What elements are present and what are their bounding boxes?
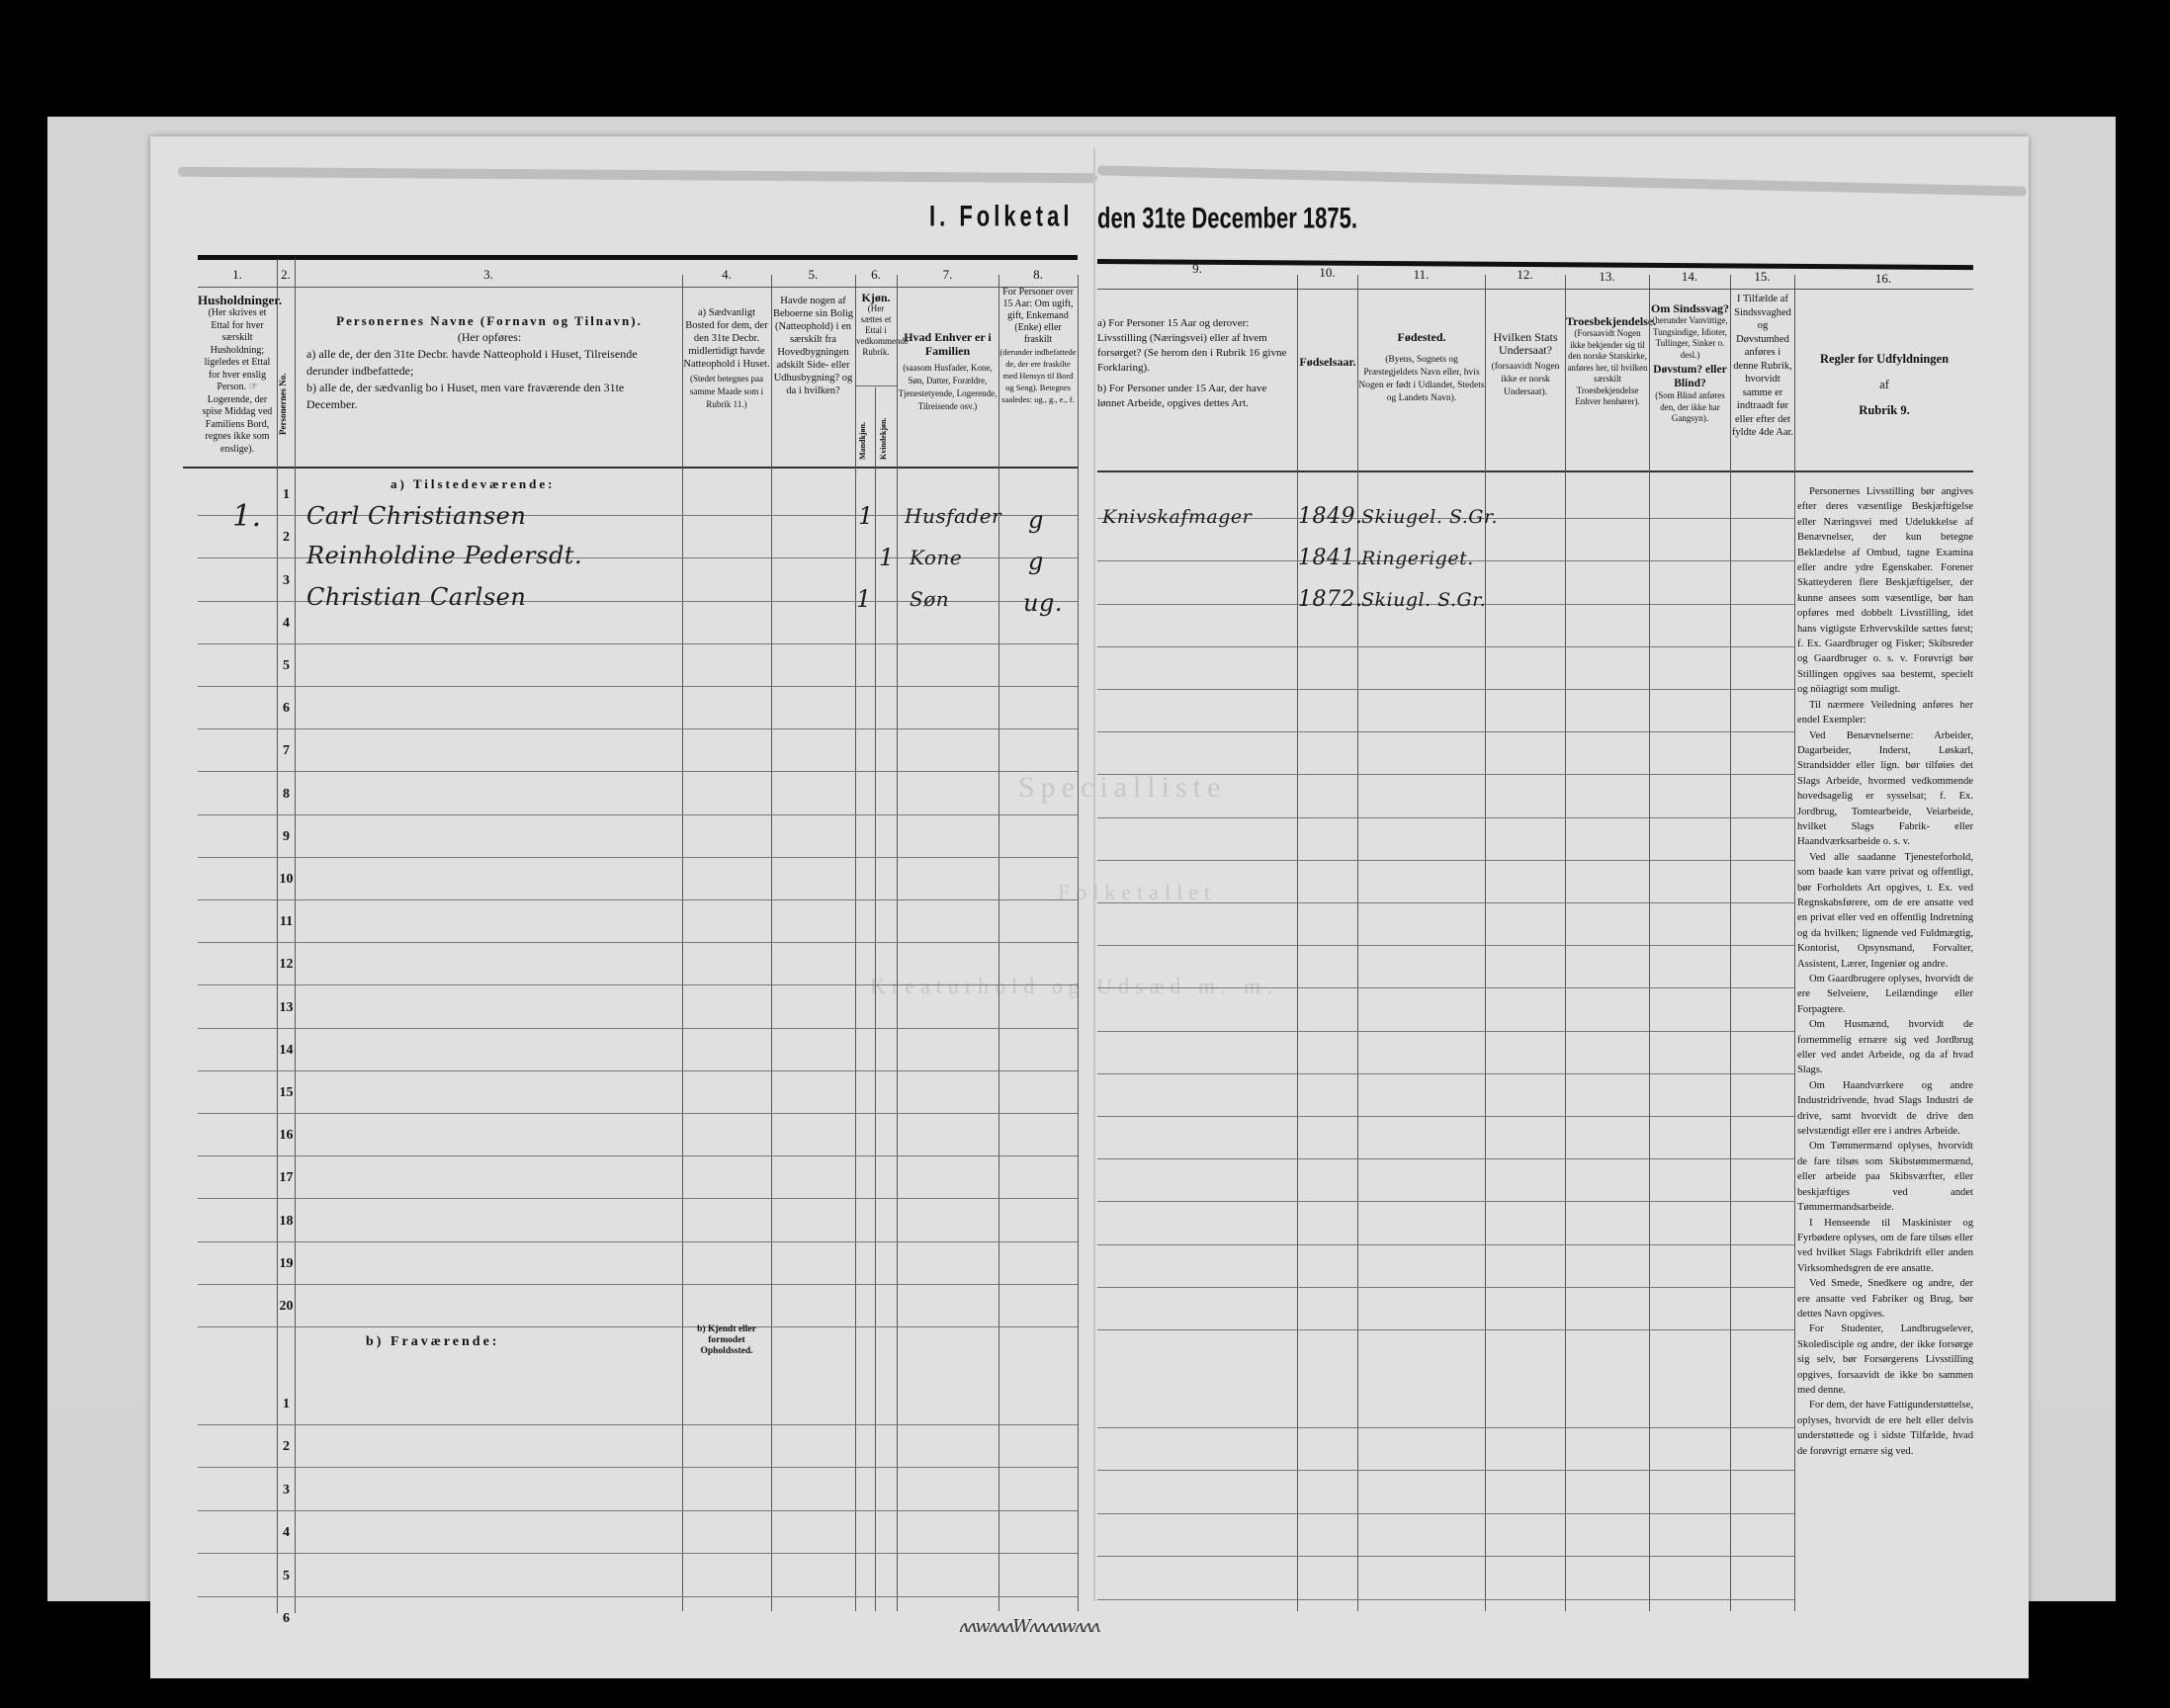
header-marital-status-title: For Personer over 15 Aar: Om ugift, gift… (999, 287, 1077, 346)
rules-paragraph: Ved Smede, Snedkere og andre, der ere an… (1797, 1276, 1973, 1322)
entry-3-birth-year: 1872. (1298, 587, 1362, 612)
grid-vline (1297, 275, 1298, 1611)
column-number-rule-right (1097, 289, 1973, 290)
rules-paragraph: For Studenter, Landbrugselever, Skoledis… (1797, 1322, 1973, 1398)
row-number: 12 (278, 957, 295, 973)
entry-1-name: Carl Christiansen (306, 502, 526, 530)
grid-vline (998, 275, 999, 1611)
rules-paragraph: Om Tømmermænd oplyses, hvorvidt de fare … (1797, 1139, 1973, 1215)
header-birthplace-title: Fødested. (1358, 331, 1485, 344)
entry-3-birthplace: Skiugl. S.Gr. (1361, 589, 1486, 611)
row-line (1097, 1201, 1794, 1202)
row-number: 5 (278, 658, 295, 674)
header-family-role-note: (saasom Husfader, Kone, Søn, Datter, For… (898, 362, 998, 413)
column-number-2: 2. (277, 267, 295, 283)
rules-paragraph: Om Gaardbrugere oplyses, hvorvidt de ere… (1797, 972, 1973, 1017)
row-line (1097, 987, 1794, 988)
row-number: 10 (278, 872, 295, 888)
header-marital-status-note: (derunder indbefattede de, der ere frask… (999, 346, 1077, 405)
entry-3-sex-male: 1 (856, 585, 872, 613)
column-number-12: 12. (1485, 267, 1565, 283)
row-line (1097, 1513, 1794, 1514)
entry-1-birthplace: Skiugel. S.Gr. (1361, 506, 1498, 528)
row-line (198, 1510, 1078, 1511)
grid-vline (855, 275, 856, 1611)
header-names-a: a) alle de, der den 31te Decbr. havde Na… (306, 346, 672, 380)
header-usual-residence: a) Sædvanligt Bosted for dem, der den 31… (683, 306, 770, 411)
row-number: 20 (278, 1299, 295, 1315)
row-line (1097, 774, 1794, 775)
column-number-rule-left (198, 287, 1078, 288)
grid-vline (897, 275, 898, 1611)
row-number: 9 (278, 829, 295, 845)
rules-paragraph: Om Haandværkere og andre Industridrivend… (1797, 1078, 1973, 1140)
header-family-role: Hvad Enhver er i Familien (saasom Husfad… (898, 331, 998, 413)
row-number: 7 (278, 743, 295, 759)
header-disability-note: (herunder Vanvittige, Tungsindige, Idiot… (1650, 315, 1730, 361)
grid-vline (1730, 275, 1731, 1611)
column-number-16: 16. (1794, 271, 1972, 287)
header-citizenship: Hvilken Stats Undersaat? (forsaavidt Nog… (1486, 331, 1565, 399)
column-number-10: 10. (1297, 265, 1357, 281)
header-religion-title: Troesbekjendelse. (1566, 314, 1649, 328)
header-birthplace-note: (Byens, Sognets og Præstegjeldets Navn e… (1358, 354, 1485, 405)
row-line (1097, 902, 1794, 903)
row-line (1097, 1427, 1794, 1428)
header-households: Husholdninger. (Her skrives et Ettal for… (198, 293, 277, 456)
grid-vline (1078, 275, 1079, 1611)
header-bottom-rule-left (183, 467, 1078, 469)
row-line (198, 1241, 1078, 1242)
rubric-9-rules-text: Personernes Livsstilling bør angives eft… (1797, 484, 1973, 1459)
entry-1-occupation: Kniv­skafmager (1102, 506, 1252, 528)
column-number-7: 7. (897, 267, 998, 283)
page-gutter (1093, 148, 1095, 1601)
rules-paragraph: I Henseende til Maskinister og Fyrbødere… (1797, 1216, 1973, 1277)
row-line (198, 1326, 1078, 1327)
header-onset: I Tilfælde af Sindssvaghed og Døvstumhed… (1731, 293, 1794, 440)
entry-1-marital: g (1028, 506, 1044, 534)
row-line (198, 899, 1078, 900)
grid-vline (1649, 275, 1650, 1611)
absent-row-number: 2 (278, 1439, 295, 1455)
rules-paragraph: Til nærmere Veiledning anføres her endel… (1797, 698, 1973, 728)
entry-3-name: Christian Carlsen (306, 583, 526, 611)
row-line (1097, 1470, 1794, 1471)
column-number-8: 8. (998, 267, 1078, 283)
row-number: 19 (278, 1256, 295, 1272)
header-names: Personernes Navne (Fornavn og Tilnavn). … (306, 312, 672, 413)
row-line (1097, 1329, 1794, 1330)
absent-row-number: 5 (278, 1569, 295, 1584)
header-disability: Om Sindssvag? (herunder Vanvittige, Tung… (1650, 301, 1730, 425)
rules-paragraph: Ved Benævnelserne: Arbeider, Dagarbeider… (1797, 728, 1973, 850)
header-marital-status: For Personer over 15 Aar: Om ugift, gift… (999, 287, 1077, 405)
header-sex-title: Kjøn. (856, 293, 896, 303)
ghost-text: Kreaturhold og Udsæd m. m. (870, 974, 1278, 999)
header-names-title: Personernes Navne (Fornavn og Tilnavn). (306, 312, 672, 329)
header-households-note: (Her skrives et Ettal for hver særskilt … (203, 307, 273, 455)
absent-whereabouts-label: b) Kjendt eller formodet Opholdssted. (684, 1324, 769, 1357)
row-line (1097, 689, 1794, 690)
header-households-title: Husholdninger. (198, 293, 277, 307)
header-rule-left (198, 255, 1078, 260)
row-line (198, 686, 1078, 687)
header-rules-rubric: Rubrik 9. (1795, 397, 1973, 423)
column-number-4: 4. (682, 267, 771, 283)
header-deafblind-note: (Som Blind anføres den, der ikke har Gan… (1650, 390, 1730, 425)
header-religion-note: (Forsaavidt Nogen ikke bekjender sig til… (1567, 328, 1647, 406)
row-line (198, 771, 1078, 772)
column-number-6: 6. (855, 267, 897, 283)
row-number: 15 (278, 1085, 295, 1101)
row-line (198, 1113, 1078, 1114)
column-number-1: 1. (198, 267, 277, 283)
row-line (1097, 1244, 1794, 1245)
row-line (1097, 817, 1794, 818)
rules-paragraph: Ved alle saadanne Tjenesteforhold, som b… (1797, 850, 1973, 972)
row-number: 14 (278, 1043, 295, 1059)
row-line (1097, 731, 1794, 732)
grid-vline (875, 387, 876, 1611)
entry-3-marital: ug. (1023, 589, 1063, 617)
column-number-11: 11. (1357, 267, 1485, 283)
header-birth-year: Fødselsaar. (1298, 356, 1357, 369)
form-title-left: I. Folketal (929, 199, 1073, 233)
grid-vline (1565, 275, 1566, 1611)
row-number: 8 (278, 787, 295, 803)
row-line (198, 1553, 1078, 1554)
header-person-no: Personernes No. (278, 326, 288, 435)
header-occupation-b: b) For Personer under 15 Aar, der have l… (1097, 382, 1295, 411)
header-religion: Troesbekjendelse. (Forsaavidt Nogen ikke… (1566, 314, 1649, 408)
header-family-role-title: Hvad Enhver er i Familien (904, 330, 992, 358)
ghost-text: Specialliste (1018, 771, 1226, 805)
row-line (1097, 1116, 1794, 1117)
absent-row-number: 3 (278, 1483, 295, 1498)
row-line (198, 1467, 1078, 1468)
header-bottom-rule-right (1097, 470, 1973, 472)
absent-row-number: 4 (278, 1525, 295, 1541)
row-number: 18 (278, 1214, 295, 1230)
column-number-3: 3. (295, 267, 682, 283)
header-rules: Regler for Udfyldningen af Rubrik 9. (1795, 346, 1973, 423)
row-line (198, 1028, 1078, 1029)
grid-vline (1794, 275, 1795, 1611)
header-sex-male: Mandkjøn. (858, 395, 867, 460)
header-outbuilding: Havde nogen af Beboerne sin Bolig (Natte… (772, 295, 854, 397)
row-number: 13 (278, 1000, 295, 1016)
row-line (198, 942, 1078, 943)
grid-vline (771, 275, 772, 1611)
row-line (1097, 945, 1794, 946)
entry-1-sex-male: 1 (858, 502, 874, 530)
header-usual-residence-note: (Stedet betegnes paa samme Maade som i R… (683, 373, 770, 411)
absent-row-number: 1 (278, 1397, 295, 1412)
rules-paragraph: Personernes Livsstilling bør angives eft… (1797, 484, 1973, 698)
header-birthplace: Fødested. (Byens, Sognets og Præstegjeld… (1358, 331, 1485, 405)
row-number: 17 (278, 1170, 295, 1186)
row-number: 11 (278, 914, 295, 930)
row-line (198, 1155, 1078, 1156)
row-number: 16 (278, 1128, 295, 1144)
grid-vline (295, 259, 296, 1613)
section-absent-label: b) Fraværende: (366, 1334, 499, 1350)
form-title-right: den 31te December 1875. (1097, 201, 1357, 235)
row-number: 3 (278, 573, 295, 589)
header-rules-title: Regler for Udfyldningen (1795, 346, 1973, 372)
column-number-15: 15. (1730, 269, 1794, 285)
header-citizenship-title: Hvilken Stats Undersaat? (1486, 331, 1565, 357)
absent-row-number: 6 (278, 1611, 295, 1627)
grid-vline (1357, 275, 1358, 1611)
row-number: 6 (278, 701, 295, 717)
signature-scribble: ʌʌwʌʌʌWʌʌʌʌwʌʌʌ (959, 1616, 1098, 1637)
entry-2-marital: g (1028, 548, 1044, 575)
header-sex-female: Kvindekjøn. (879, 395, 888, 460)
column-number-9: 9. (1097, 261, 1297, 277)
entry-1-family-role: Husfader (905, 504, 1001, 528)
grid-vline (682, 275, 683, 1611)
row-number: 2 (278, 530, 295, 546)
row-line (1097, 860, 1794, 861)
row-line (1097, 1073, 1794, 1074)
row-line (1097, 1599, 1794, 1600)
column-number-14: 14. (1649, 269, 1730, 285)
header-citizenship-note: (forsaavidt Nogen ikke er norsk Undersaa… (1486, 361, 1565, 399)
row-line (1097, 1158, 1794, 1159)
row-line (198, 857, 1078, 858)
header-names-b: b) alle de, der sædvanlig bo i Huset, me… (306, 380, 672, 413)
row-line (198, 1070, 1078, 1071)
header-usual-residence-title: a) Sædvanligt Bosted for dem, der den 31… (683, 306, 770, 371)
row-number: 4 (278, 616, 295, 632)
section-present-label: a) Tilstedeværende: (391, 476, 555, 492)
header-rules-of: af (1795, 372, 1973, 397)
header-sex: Kjøn. (Her sættes et Ettal i vedkommende… (856, 293, 896, 358)
household-mark: 1. (232, 499, 262, 534)
rules-paragraph: For dem, der have Fattigunderstøttelse, … (1797, 1398, 1973, 1459)
header-occupation-a: a) For Personer 15 Aar og derover: Livss… (1097, 316, 1295, 376)
entry-3-family-role: Søn (910, 587, 949, 611)
row-line (198, 1284, 1078, 1285)
row-line (198, 728, 1078, 729)
row-line (1097, 1287, 1794, 1288)
row-line (1097, 1556, 1794, 1557)
row-line (1097, 1031, 1794, 1032)
entry-2-sex-female: 1 (879, 544, 895, 571)
row-line (198, 814, 1078, 815)
row-line (1097, 646, 1794, 647)
header-occupation: a) For Personer 15 Aar og derover: Livss… (1097, 316, 1295, 411)
entry-2-family-role: Kone (910, 546, 962, 569)
entry-2-birth-year: 1841. (1298, 546, 1362, 570)
sex-subdivider (856, 385, 897, 386)
row-line (198, 984, 1078, 985)
row-number: 1 (278, 487, 295, 503)
column-number-5: 5. (771, 267, 855, 283)
row-line (198, 1596, 1078, 1597)
entry-2-name: Reinholdine Pedersdt. (306, 542, 582, 569)
header-names-sub: (Her opføres: (306, 329, 672, 346)
rules-paragraph: Om Husmænd, hvorvidt de fornemmelig ernæ… (1797, 1017, 1973, 1078)
row-line (198, 643, 1078, 644)
row-line (198, 1424, 1078, 1425)
entry-1-birth-year: 1849. (1298, 504, 1362, 529)
column-number-13: 13. (1565, 269, 1649, 285)
row-line (198, 1198, 1078, 1199)
header-disability-title: Om Sindssvag? (1650, 301, 1730, 315)
grid-vline (1485, 275, 1486, 1611)
header-deafblind-title: Døvstum? eller Blind? (1650, 363, 1730, 390)
entry-2-birthplace: Ringeriget. (1361, 548, 1474, 569)
